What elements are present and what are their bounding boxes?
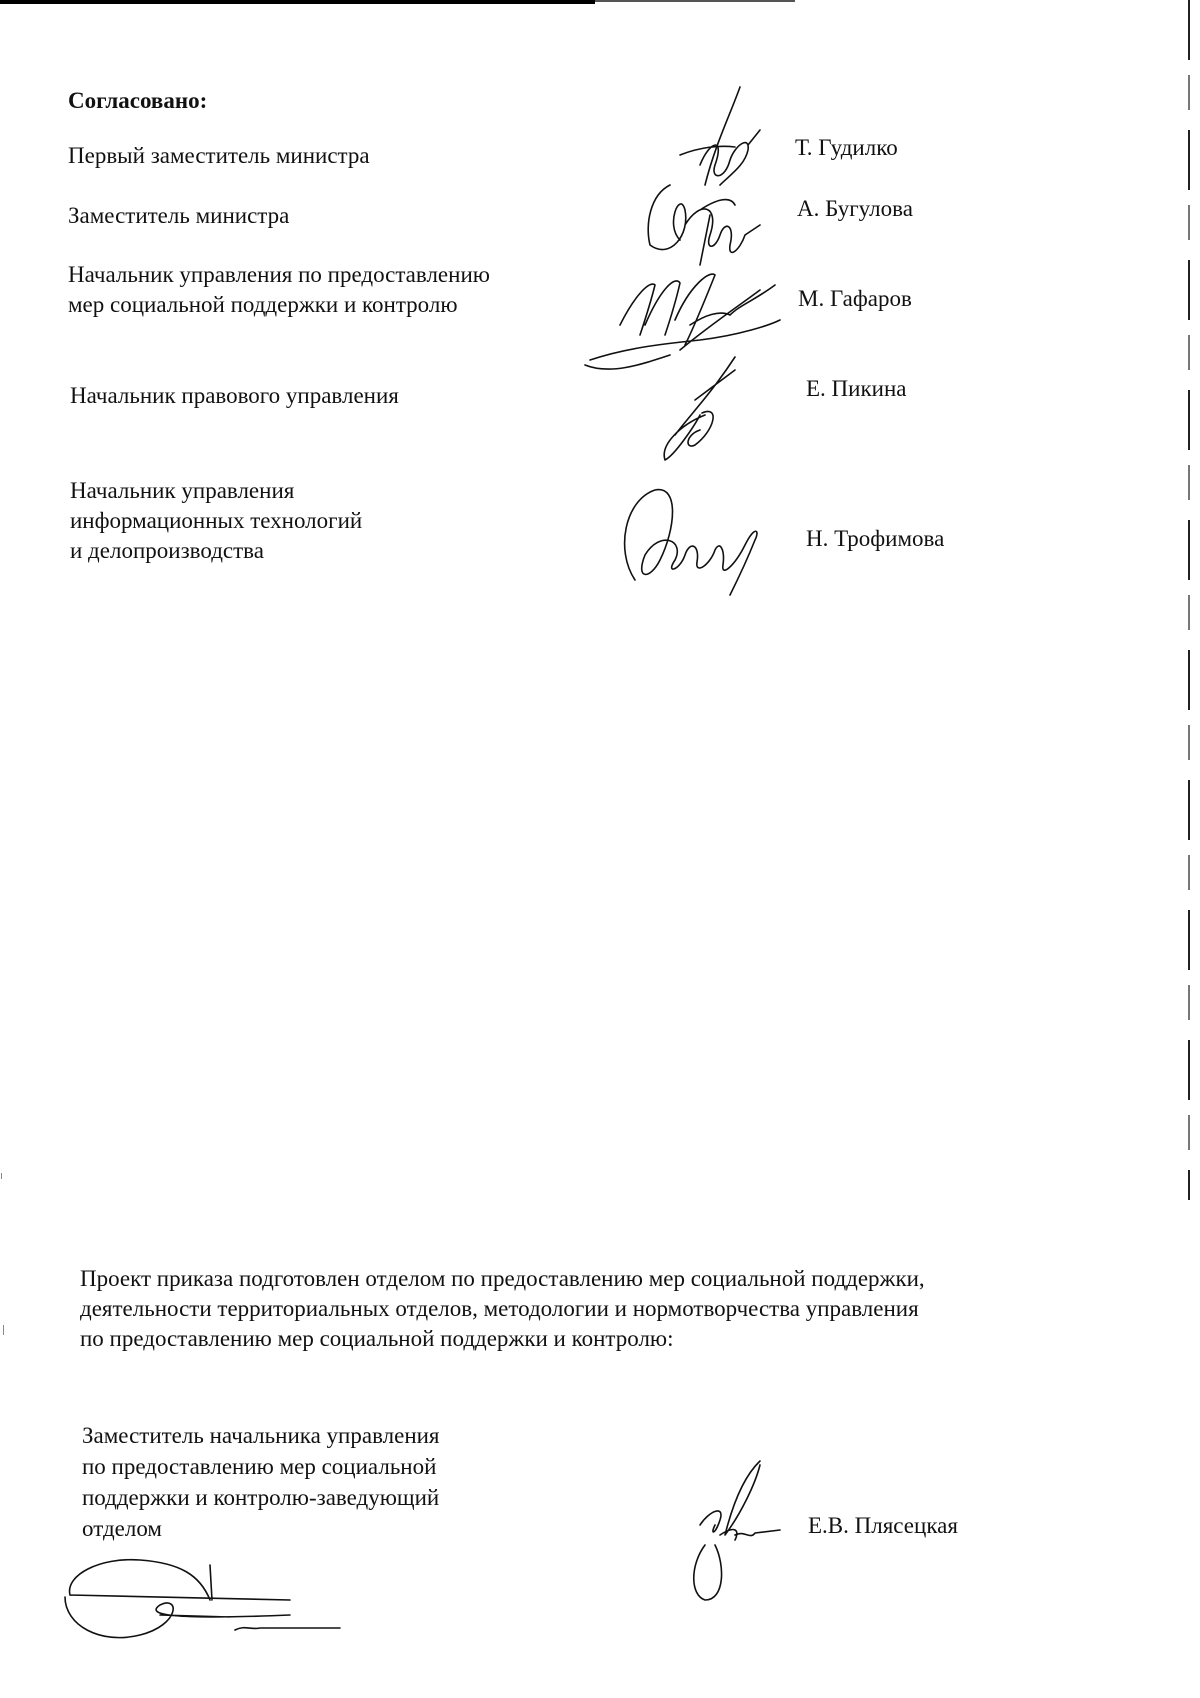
signatory-name: Е. Пикина [806,376,906,402]
signatory-position: Заместитель министра [68,199,289,232]
preparer-position: поддержки и контролю-заведующий [82,1481,439,1514]
prepared-by-line: по предоставлению мер социальной поддерж… [80,1323,674,1354]
signature-plyasetskaya [680,1455,800,1605]
signatory-name: М. Гафаров [798,286,912,312]
preparer-name: Е.В. Плясецкая [808,1513,958,1539]
signatory-position: Начальник управления [70,474,294,507]
signatory-name: Н. Трофимова [806,526,944,552]
signatory-position: информационных технологий [70,504,362,537]
signatory-position: и делопроизводства [70,534,264,567]
signatory-name: А. Бугулова [797,196,913,222]
approval-heading: Согласовано: [68,84,207,117]
scan-border-top-faint [595,0,795,2]
signatory-position: Первый заместитель министра [68,139,370,172]
preparer-position: Заместитель начальника управления [82,1419,440,1452]
signature-bugulova [640,165,780,275]
preparer-position: отделом [82,1512,162,1545]
prepared-by-line: Проект приказа подготовлен отделом по пр… [80,1263,925,1294]
signatory-name: Т. Гудилко [795,135,898,161]
signatory-position: Начальник управления по предоставлению [68,258,490,291]
signatory-position: мер социальной поддержки и контролю [68,288,458,321]
preparer-position: по предоставлению мер социальной [82,1450,436,1483]
signatory-position: Начальник правового управления [70,379,399,412]
prepared-by-line: деятельности территориальных отделов, ме… [80,1293,919,1324]
scan-border-top [0,0,595,4]
scan-edge-right [1188,0,1190,1200]
signature-trofimova [605,470,775,600]
scan-artifact [3,1325,4,1335]
signature-additional [60,1555,360,1655]
scan-artifact [1,1173,2,1179]
signature-pikina [640,355,750,465]
